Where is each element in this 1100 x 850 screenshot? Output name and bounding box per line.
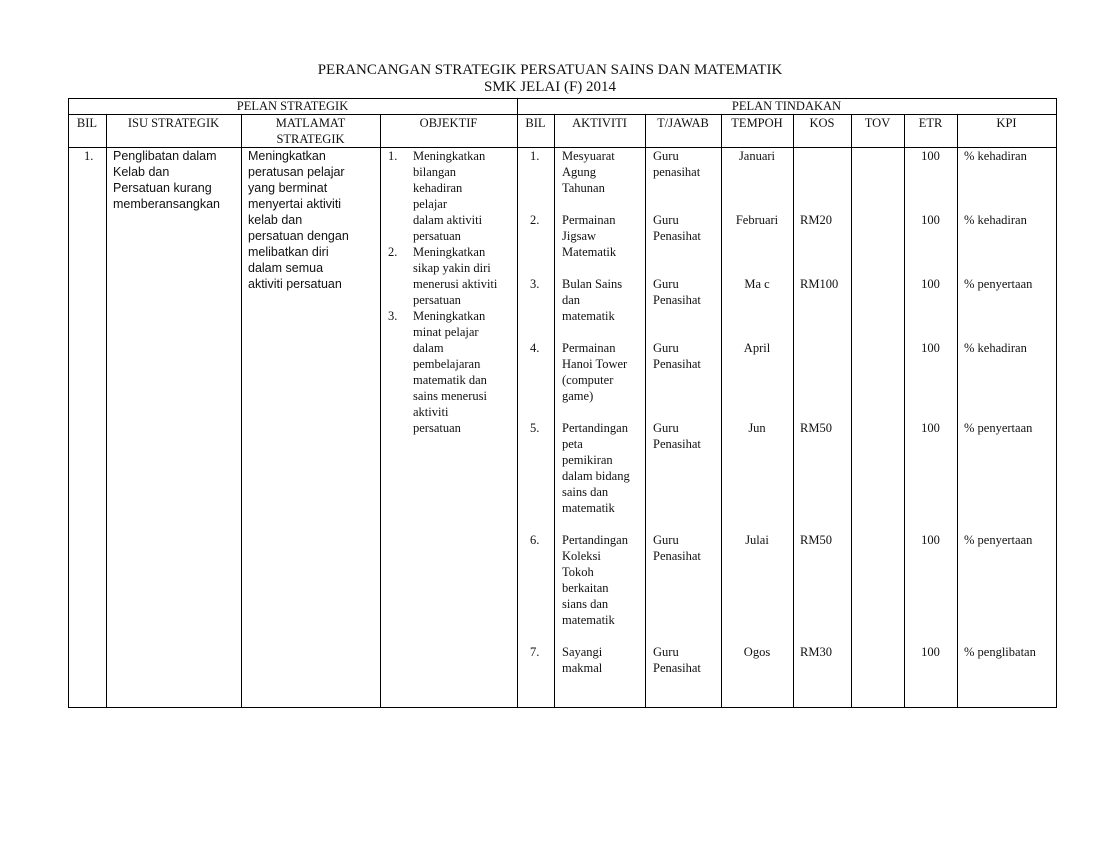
- group-header-pelan-tindakan: PELAN TINDAKAN: [517, 98, 1056, 114]
- objektif-item: 3.Meningkatkan minat pelajar dalam pembe…: [380, 308, 517, 436]
- objektif-number: 3.: [388, 308, 397, 324]
- isu-strategik-text: Penglibatan dalam Kelab dan Persatuan ku…: [113, 148, 241, 212]
- activity-cost: RM100: [800, 276, 851, 292]
- column-header-kos: KOS: [793, 115, 851, 131]
- activity-bil: 6.: [530, 532, 554, 548]
- activity-cost: RM50: [800, 420, 851, 436]
- column-header-bil: BIL: [68, 115, 106, 131]
- objektif-item: 2.Meningkatkan sikap yakin diri menerusi…: [380, 244, 517, 308]
- column-divider: [793, 114, 794, 708]
- activity-bil: 5.: [530, 420, 554, 436]
- activity-name: Permainan Jigsaw Matematik: [562, 212, 645, 260]
- activity-kpi: % penyertaan: [964, 532, 1056, 548]
- activity-kpi: % penyertaan: [964, 420, 1056, 436]
- activity-responsible: Guru Penasihat: [653, 420, 721, 452]
- document-title: PERANCANGAN STRATEGIK PERSATUAN SAINS DA…: [0, 62, 1100, 79]
- objektif-text: Meningkatkan sikap yakin diri menerusi a…: [413, 245, 497, 307]
- objektif-number: 1.: [388, 148, 397, 164]
- column-header-tov: TOV: [851, 115, 904, 131]
- column-divider: [106, 114, 107, 708]
- activity-bil: 3.: [530, 276, 554, 292]
- column-divider: [1056, 98, 1057, 708]
- column-divider: [721, 114, 722, 708]
- activity-period: Januari: [721, 148, 793, 164]
- activity-name: Bulan Sains dan matematik: [562, 276, 645, 324]
- column-divider: [904, 114, 905, 708]
- column-header-matlamat-strategik: MATLAMAT STRATEGIK: [241, 115, 380, 147]
- activity-cost: RM50: [800, 532, 851, 548]
- activity-bil: 7.: [530, 644, 554, 660]
- strategic-bil: 1.: [84, 148, 93, 164]
- activity-name: Permainan Hanoi Tower (computer game): [562, 340, 645, 404]
- activity-etr: 100: [904, 340, 957, 356]
- column-header-etr: ETR: [904, 115, 957, 131]
- activity-etr: 100: [904, 420, 957, 436]
- column-header-tempoh: TEMPOH: [721, 115, 793, 131]
- group-header-pelan-strategik: PELAN STRATEGIK: [68, 98, 517, 114]
- column-divider: [241, 114, 242, 708]
- activity-kpi: % penyertaan: [964, 276, 1056, 292]
- activity-bil: 2.: [530, 212, 554, 228]
- activity-etr: 100: [904, 148, 957, 164]
- objektif-item: 1.Meningkatkan bilangan kehadiran pelaja…: [380, 148, 517, 244]
- activity-name: Mesyuarat Agung Tahunan: [562, 148, 645, 196]
- matlamat-strategik-text: Meningkatkan peratusan pelajar yang berm…: [248, 148, 380, 292]
- column-header-kpi: KPI: [957, 115, 1056, 131]
- column-header-objektif: OBJEKTIF: [380, 115, 517, 131]
- activity-etr: 100: [904, 644, 957, 660]
- activity-period: Jun: [721, 420, 793, 436]
- activity-kpi: % penglibatan: [964, 644, 1056, 660]
- activity-kpi: % kehadiran: [964, 148, 1056, 164]
- activity-etr: 100: [904, 212, 957, 228]
- activity-name: Pertandingan Koleksi Tokoh berkaitan sia…: [562, 532, 645, 628]
- activity-kpi: % kehadiran: [964, 212, 1056, 228]
- activity-period: Ma c: [721, 276, 793, 292]
- objektif-number: 2.: [388, 244, 397, 260]
- activity-period: April: [721, 340, 793, 356]
- activity-cost: RM20: [800, 212, 851, 228]
- column-divider: [957, 114, 958, 708]
- column-divider: [68, 98, 69, 708]
- objektif-text: Meningkatkan bilangan kehadiran pelajar …: [413, 149, 485, 243]
- objektif-text: Meningkatkan minat pelajar dalam pembela…: [413, 309, 487, 435]
- activity-responsible: Guru penasihat: [653, 148, 721, 180]
- document-subtitle: SMK JELAI (F) 2014: [0, 79, 1100, 96]
- activity-kpi: % kehadiran: [964, 340, 1056, 356]
- column-header-aktiviti: AKTIVITI: [554, 115, 645, 131]
- activity-bil: 4.: [530, 340, 554, 356]
- activity-period: Julai: [721, 532, 793, 548]
- activity-responsible: Guru Penasihat: [653, 644, 721, 676]
- column-divider: [851, 114, 852, 708]
- activity-responsible: Guru Penasihat: [653, 276, 721, 308]
- activity-etr: 100: [904, 532, 957, 548]
- activity-responsible: Guru Penasihat: [653, 340, 721, 372]
- objektif-list: 1.Meningkatkan bilangan kehadiran pelaja…: [380, 148, 517, 436]
- activity-etr: 100: [904, 276, 957, 292]
- column-divider: [645, 114, 646, 708]
- activity-name: Pertandingan peta pemikiran dalam bidang…: [562, 420, 645, 516]
- column-header-tjawab: T/JAWAB: [645, 115, 721, 131]
- activity-responsible: Guru Penasihat: [653, 212, 721, 244]
- activity-cost: RM30: [800, 644, 851, 660]
- activity-name: Sayangi makmal: [562, 644, 645, 676]
- column-header-isu-strategik: ISU STRATEGIK: [106, 115, 241, 131]
- column-divider: [517, 98, 518, 708]
- column-header-bil-activity: BIL: [517, 115, 554, 131]
- activity-period: Februari: [721, 212, 793, 228]
- column-divider: [554, 114, 555, 708]
- table-border-bottom: [68, 707, 1057, 708]
- activity-period: Ogos: [721, 644, 793, 660]
- activity-bil: 1.: [530, 148, 554, 164]
- activity-responsible: Guru Penasihat: [653, 532, 721, 564]
